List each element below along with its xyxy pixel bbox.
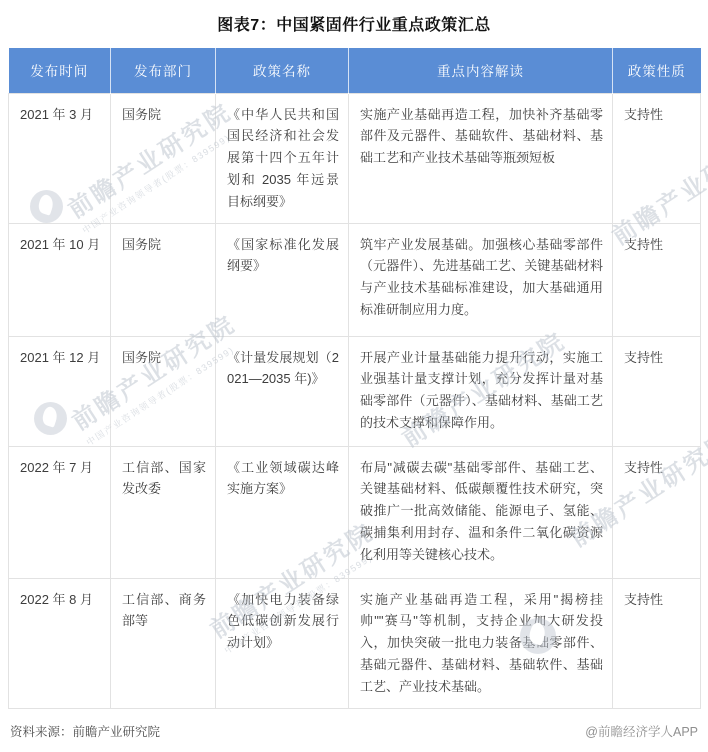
cell-date: 2022 年 7 月 [9,446,111,578]
cell-content: 实施产业基础再造工程，采用"揭榜挂帅""赛马"等机制，支持企业加大研发投入，加快… [349,578,613,708]
footer: 资料来源：前瞻产业研究院 @前瞻经济学人APP [10,722,698,740]
cell-nature: 支持性 [613,223,701,336]
cell-policy: 《计量发展规划（2021—2035 年)》 [216,336,349,446]
cell-dept: 国务院 [111,223,216,336]
cell-date: 2022 年 8 月 [9,578,111,708]
page-title: 图表7：中国紧固件行业重点政策汇总 [0,0,708,35]
policy-table-container: 发布时间 发布部门 政策名称 重点内容解读 政策性质 2021 年 3 月 国务… [8,48,700,709]
cell-policy: 《中华人民共和国国民经济和社会发展第十四个五年计划和 2035 年远景目标纲要》 [216,93,349,223]
cell-dept: 国务院 [111,93,216,223]
header-publish-dept: 发布部门 [111,48,216,93]
cell-date: 2021 年 3 月 [9,93,111,223]
table-header-row: 发布时间 发布部门 政策名称 重点内容解读 政策性质 [9,48,701,93]
cell-content: 布局"减碳去碳"基础零部件、基础工艺、关键基础材料、低碳颠覆性技术研究，突破推广… [349,446,613,578]
cell-policy: 《国家标准化发展纲要》 [216,223,349,336]
cell-dept: 工信部、商务部等 [111,578,216,708]
table-row: 2022 年 7 月 工信部、国家发改委 《工业领域碳达峰实施方案》 布局"减碳… [9,446,701,578]
table-row: 2021 年 12 月 国务院 《计量发展规划（2021—2035 年)》 开展… [9,336,701,446]
cell-nature: 支持性 [613,446,701,578]
header-policy-nature: 政策性质 [613,48,701,93]
header-key-content: 重点内容解读 [349,48,613,93]
source-note: 资料来源：前瞻产业研究院 [10,722,160,740]
cell-nature: 支持性 [613,336,701,446]
header-policy-name: 政策名称 [216,48,349,93]
cell-content: 开展产业计量基础能力提升行动，实施工业强基计量支撑计划，充分发挥计量对基础零部件… [349,336,613,446]
table-row: 2021 年 10 月 国务院 《国家标准化发展纲要》 筑牢产业发展基础。加强核… [9,223,701,336]
header-publish-date: 发布时间 [9,48,111,93]
cell-date: 2021 年 12 月 [9,336,111,446]
cell-date: 2021 年 10 月 [9,223,111,336]
table-row: 2021 年 3 月 国务院 《中华人民共和国国民经济和社会发展第十四个五年计划… [9,93,701,223]
cell-policy: 《工业领域碳达峰实施方案》 [216,446,349,578]
cell-nature: 支持性 [613,93,701,223]
cell-dept: 工信部、国家发改委 [111,446,216,578]
policy-table: 发布时间 发布部门 政策名称 重点内容解读 政策性质 2021 年 3 月 国务… [8,48,701,709]
cell-policy: 《加快电力装备绿色低碳创新发展行动计划》 [216,578,349,708]
table-row: 2022 年 8 月 工信部、商务部等 《加快电力装备绿色低碳创新发展行动计划》… [9,578,701,708]
cell-content: 实施产业基础再造工程，加快补齐基础零部件及元器件、基础软件、基础材料、基础工艺和… [349,93,613,223]
credit-note: @前瞻经济学人APP [585,722,698,740]
cell-content: 筑牢产业发展基础。加强核心基础零部件（元器件）、先进基础工艺、关键基础材料与产业… [349,223,613,336]
cell-nature: 支持性 [613,578,701,708]
cell-dept: 国务院 [111,336,216,446]
